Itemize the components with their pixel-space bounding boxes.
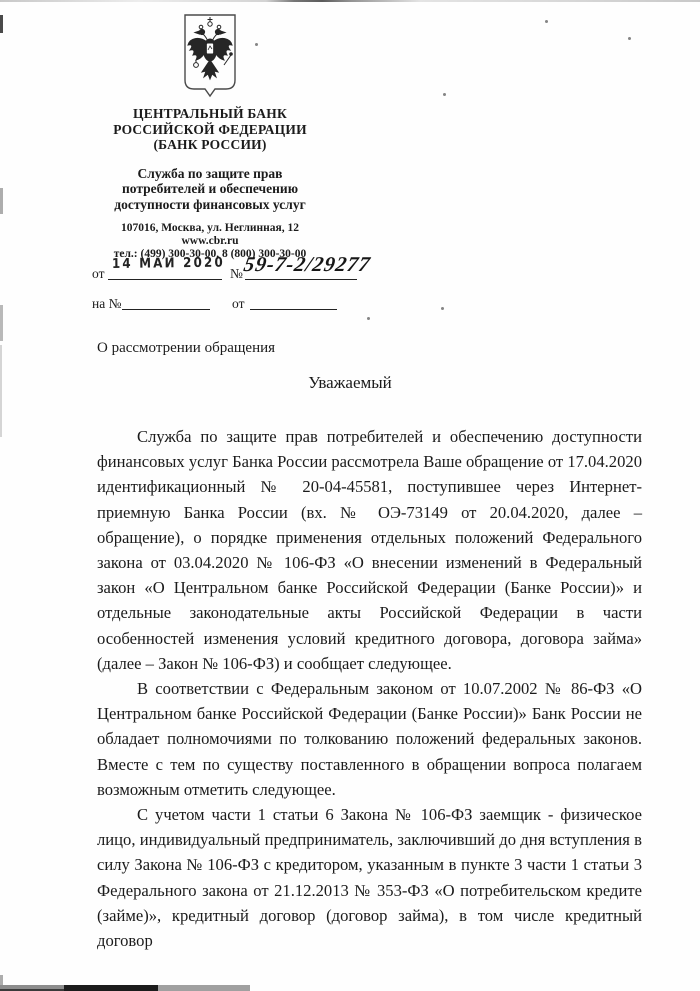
scan-speck [545, 20, 548, 23]
outgoing-reference-row: от 14 МАИ 2020 № 59-7-2/29277 [92, 258, 412, 288]
coat-of-arms-icon [181, 12, 239, 98]
reply-number-blank-line [122, 309, 210, 310]
reply-date-blank-line [250, 309, 337, 310]
org-name-line: РОССИЙСКОЙ ФЕДЕРАЦИИ [95, 122, 325, 138]
body-paragraph: С учетом части 1 статьи 6 Закона № 106-Ф… [97, 802, 642, 953]
number-blank-line [245, 279, 357, 280]
scan-artifact-bottom-edge [0, 985, 250, 991]
org-website: www.cbr.ru [95, 235, 325, 248]
scan-artifact-left-edge [0, 305, 3, 341]
letter-body: Служба по защите прав потребителей и обе… [97, 424, 642, 953]
outgoing-number-handwritten: 59-7-2/29277 [242, 252, 386, 277]
scanned-letter-page: ЦЕНТРАЛЬНЫЙ БАНК РОССИЙСКОЙ ФЕДЕРАЦИИ (Б… [0, 0, 700, 991]
subject-line: О рассмотрении обращения [97, 340, 275, 357]
department-name-line: Служба по защите прав [95, 166, 325, 182]
org-name-line: (БАНК РОССИИ) [95, 137, 325, 153]
scan-speck [441, 307, 444, 310]
reply-number-label: на № [92, 296, 121, 312]
number-label: № [230, 266, 243, 282]
reference-block: от 14 МАИ 2020 № 59-7-2/29277 на № от [92, 258, 412, 318]
org-name: ЦЕНТРАЛЬНЫЙ БАНК РОССИЙСКОЙ ФЕДЕРАЦИИ (Б… [95, 106, 325, 153]
department-name-line: потребителей и обеспечению [95, 181, 325, 197]
incoming-reference-row: на № от [92, 288, 412, 318]
org-name-line: ЦЕНТРАЛЬНЫЙ БАНК [95, 106, 325, 122]
salutation: Уважаемый [0, 373, 700, 393]
department-name: Служба по защите прав потребителей и обе… [95, 166, 325, 213]
from-label: от [92, 266, 104, 282]
scan-artifact-left-edge [0, 15, 3, 33]
scan-speck [443, 93, 446, 96]
reply-date-label: от [232, 296, 244, 312]
body-paragraph: В соответствии с Федеральным законом от … [97, 676, 642, 802]
date-blank-line [108, 279, 222, 280]
letterhead: ЦЕНТРАЛЬНЫЙ БАНК РОССИЙСКОЙ ФЕДЕРАЦИИ (Б… [95, 12, 325, 261]
body-paragraph: Служба по защите прав потребителей и обе… [97, 424, 642, 676]
department-name-line: доступности финансовых услуг [95, 197, 325, 213]
scan-artifact-left-edge [0, 188, 3, 214]
date-stamp: 14 МАИ 2020 [112, 255, 225, 272]
scan-artifact-left-edge [0, 975, 3, 987]
scan-artifact-top-edge [0, 0, 700, 2]
scan-speck [628, 37, 631, 40]
org-address: 107016, Москва, ул. Неглинная, 12 [95, 222, 325, 235]
